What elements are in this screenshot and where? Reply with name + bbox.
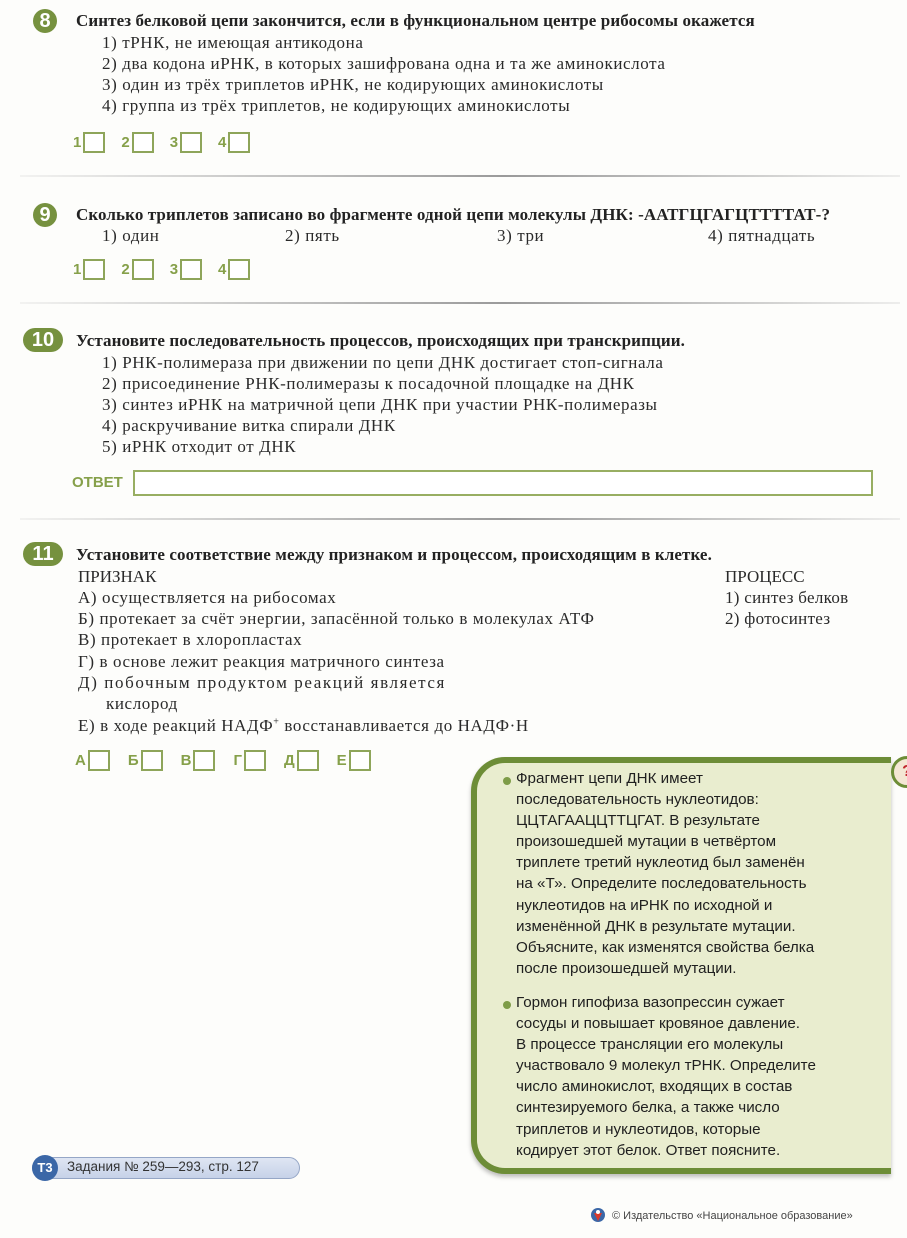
q9-answer-box-3[interactable] bbox=[180, 259, 202, 280]
separator bbox=[20, 518, 900, 520]
q8-option-2: 2) два кодона иРНК, в которых зашифрован… bbox=[102, 54, 666, 74]
q11-box-label: Д bbox=[284, 752, 295, 769]
q11-box-label: Е bbox=[337, 752, 347, 769]
bullet-icon bbox=[503, 1001, 511, 1009]
feature-b: Б) протекает за счёт энергии, запасённой… bbox=[78, 609, 594, 629]
q9-box-label: 3 bbox=[170, 261, 178, 278]
card-line: сосуды и повышает кровяное давление. bbox=[516, 1013, 896, 1034]
question-number-8: 8 bbox=[33, 9, 57, 33]
feature-a: А) осуществляется на рибосомах bbox=[78, 588, 336, 608]
q9-box-label: 1 bbox=[73, 261, 81, 278]
q11-box-label: Г bbox=[233, 752, 242, 769]
process-1: 1) синтез белков bbox=[725, 588, 848, 608]
feature-d-continued: кислород bbox=[106, 694, 178, 714]
q11-answer-box-e[interactable] bbox=[349, 750, 371, 771]
q8-box-label: 4 bbox=[218, 134, 226, 151]
card-line: ЦЦТАГААЦЦТТЦГАТ. В результате bbox=[516, 810, 896, 831]
card-line: Фрагмент цепи ДНК имеет bbox=[516, 768, 896, 789]
q11-answer-box-b[interactable] bbox=[141, 750, 163, 771]
card-line: В процессе трансляции его молекулы bbox=[516, 1034, 896, 1055]
q11-answer-box-d[interactable] bbox=[297, 750, 319, 771]
card-line: изменённой ДНК в результате мутации. bbox=[516, 916, 896, 937]
q9-box-label: 2 bbox=[121, 261, 129, 278]
question-number-9: 9 bbox=[33, 203, 57, 227]
card-task-2: Гормон гипофиза вазопрессин сужаетсосуды… bbox=[516, 992, 896, 1161]
q11-box-label: В bbox=[181, 752, 192, 769]
q8-answer-box-1[interactable] bbox=[83, 132, 105, 153]
card-line: участвовало 9 молекул тРНК. Определите bbox=[516, 1055, 896, 1076]
reference-badge: Т3 bbox=[32, 1155, 58, 1181]
bullet-icon bbox=[503, 777, 511, 785]
q9-answer-box-2[interactable] bbox=[132, 259, 154, 280]
publisher-footer: © Издательство «Национальное образование… bbox=[612, 1210, 853, 1222]
q8-option-1: 1) тРНК, не имеющая антикодона bbox=[102, 33, 363, 53]
q9-answer-boxes: 1 2 3 4 bbox=[73, 259, 266, 280]
card-line: Гормон гипофиза вазопрессин сужает bbox=[516, 992, 896, 1013]
q9-answer-box-4[interactable] bbox=[228, 259, 250, 280]
card-line: нуклеотидов на иРНК по исходной и bbox=[516, 895, 896, 916]
q10-option-1: 1) РНК-полимераза при движении по цепи Д… bbox=[102, 353, 664, 373]
q8-answer-boxes: 1 2 3 4 bbox=[73, 132, 266, 153]
q11-box-label: А bbox=[75, 752, 86, 769]
card-task-1: Фрагмент цепи ДНК имеетпоследовательност… bbox=[516, 768, 896, 979]
q10-option-3: 3) синтез иРНК на матричной цепи ДНК при… bbox=[102, 395, 658, 415]
card-line: синтезируемого белка, а также число bbox=[516, 1097, 896, 1118]
q8-option-4: 4) группа из трёх триплетов, не кодирующ… bbox=[102, 96, 570, 116]
card-line: триплете третий нуклеотид был заменён bbox=[516, 852, 896, 873]
question-9-title: Сколько триплетов записано во фрагменте … bbox=[76, 205, 830, 225]
q8-answer-box-3[interactable] bbox=[180, 132, 202, 153]
card-line: Объясните, как изменятся свойства белка bbox=[516, 937, 896, 958]
card-line: кодирует этот белок. Ответ поясните. bbox=[516, 1140, 896, 1161]
question-10-title: Установите последовательность процессов,… bbox=[76, 331, 685, 351]
q9-option-1: 1) один bbox=[102, 226, 159, 246]
question-number-11: 11 bbox=[23, 542, 63, 566]
features-header: ПРИЗНАК bbox=[78, 567, 156, 587]
q11-answer-box-a[interactable] bbox=[88, 750, 110, 771]
q11-answer-boxes: А Б В Г Д Е bbox=[75, 750, 387, 771]
q10-option-2: 2) присоединение РНК-полимеразы к посадо… bbox=[102, 374, 635, 394]
q8-answer-box-4[interactable] bbox=[228, 132, 250, 153]
separator bbox=[20, 302, 900, 304]
question-8-title: Синтез белковой цепи закончится, если в … bbox=[76, 11, 755, 31]
question-number-10: 10 bbox=[23, 328, 63, 352]
separator bbox=[20, 175, 900, 177]
q9-box-label: 4 bbox=[218, 261, 226, 278]
publisher-logo-icon bbox=[590, 1207, 606, 1223]
question-11-title: Установите соответствие между признаком … bbox=[76, 545, 712, 565]
q11-box-label: Б bbox=[128, 752, 139, 769]
reference-text: Задания № 259—293, стр. 127 bbox=[67, 1159, 259, 1174]
q8-answer-box-2[interactable] bbox=[132, 132, 154, 153]
q9-option-2: 2) пять bbox=[285, 226, 340, 246]
q10-option-4: 4) раскручивание витка спирали ДНК bbox=[102, 416, 396, 436]
q10-answer-field[interactable] bbox=[133, 470, 873, 496]
q9-option-3: 3) три bbox=[497, 226, 544, 246]
q10-option-5: 5) иРНК отходит от ДНК bbox=[102, 437, 296, 457]
card-line: число аминокислот, входящих в состав bbox=[516, 1076, 896, 1097]
answer-label: ОТВЕТ bbox=[72, 474, 123, 491]
card-line: после произошедшей мутации. bbox=[516, 958, 896, 979]
q8-option-3: 3) один из трёх триплетов иРНК, не кодир… bbox=[102, 75, 604, 95]
feature-e-part2: восстанавливается до НАДФ·Н bbox=[280, 716, 529, 735]
card-line: на «Т». Определите последовательность bbox=[516, 873, 896, 894]
q11-answer-box-v[interactable] bbox=[193, 750, 215, 771]
card-line: триплетов и нуклеотидов, которые bbox=[516, 1119, 896, 1140]
q8-box-label: 1 bbox=[73, 134, 81, 151]
feature-v: В) протекает в хлоропластах bbox=[78, 630, 302, 650]
processes-header: ПРОЦЕСС bbox=[725, 567, 805, 587]
feature-e-part1: Е) в ходе реакций НАДФ bbox=[78, 716, 273, 735]
q9-option-4: 4) пятнадцать bbox=[708, 226, 815, 246]
feature-e: Е) в ходе реакций НАДФ+ восстанавливаетс… bbox=[78, 716, 529, 736]
q8-box-label: 3 bbox=[170, 134, 178, 151]
q9-answer-box-1[interactable] bbox=[83, 259, 105, 280]
card-line: произошедшей мутации в четвёртом bbox=[516, 831, 896, 852]
feature-g: Г) в основе лежит реакция матричного син… bbox=[78, 652, 445, 672]
process-2: 2) фотосинтез bbox=[725, 609, 830, 629]
feature-d: Д) побочным продуктом реакций является bbox=[78, 673, 446, 693]
q8-box-label: 2 bbox=[121, 134, 129, 151]
card-line: последовательность нуклеотидов: bbox=[516, 789, 896, 810]
q11-answer-box-g[interactable] bbox=[244, 750, 266, 771]
